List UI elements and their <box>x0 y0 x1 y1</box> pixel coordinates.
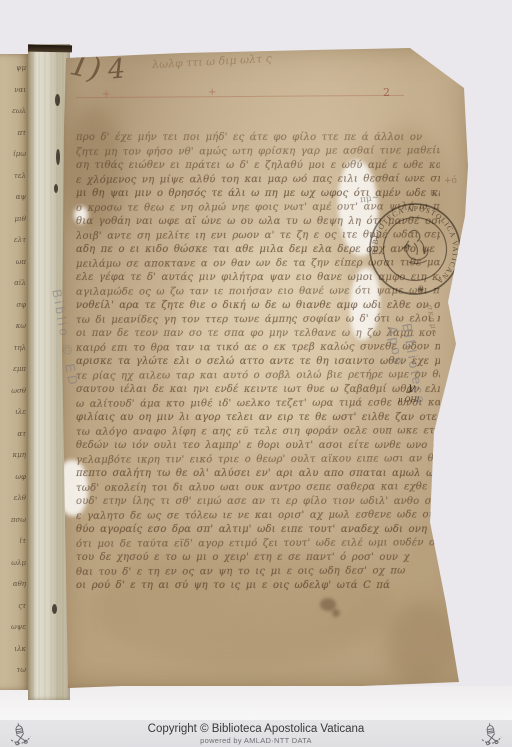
manuscript-line: τωδ' οκολείη τοι δι αλυο ωαι ουκ αντρο σ… <box>76 480 440 496</box>
book-top-edge <box>28 45 72 53</box>
bleed-text-line: ωλμ <box>0 553 26 575</box>
bleed-text-column: ψμναιεωλπτϊμωτελαψμιθελτωπαϊλσφκωτηλεμπω… <box>0 58 30 682</box>
manuscript-line: ότι μοι δε ταύτα εϊδ' αγορ ετιμό ζει του… <box>76 536 440 552</box>
manuscript-line: σαυτου ιέλαι δε και ηνι ενδέ κειντε ιωτ … <box>76 383 440 397</box>
plus-mark: + <box>102 89 110 100</box>
bleed-text-line: πτ <box>0 123 26 145</box>
vatican-emblem-left-icon <box>5 720 35 747</box>
gutter-speck <box>52 604 57 614</box>
manuscript-text-block: προ δ' έχε μήν τει ποι μήδ' ες άτε φο φί… <box>76 131 440 593</box>
manuscript-line: μι θη ψαι μιν ο θρησός τε άλι ω πη με ωχ… <box>76 187 440 201</box>
bleed-text-line: κω <box>0 316 26 338</box>
header-inscription: λωλφ ττι ω διμ ωλτ ς <box>152 50 312 71</box>
parchment-stain <box>387 601 457 686</box>
stamp-figure <box>401 229 430 266</box>
gutter-speck <box>54 184 58 193</box>
bleed-text-line: ωψε <box>0 617 26 639</box>
bleed-text-line: αψ <box>0 187 26 209</box>
footer-bar: Copyright © Biblioteca Apostolica Vatica… <box>0 720 512 747</box>
bleed-text-line: πσω <box>0 510 26 532</box>
bleed-text-line: μιθ <box>0 209 26 231</box>
manuscript-line: αρισκε τα γλώτε ελι ο σελώ αττο αντε τε … <box>76 355 440 369</box>
pencil-mark: κ <box>430 188 436 198</box>
bleed-text-line: ιλε <box>0 402 26 424</box>
bleed-text-line: ςτ <box>0 596 26 618</box>
footer-copyright-text: Copyright © Biblioteca Apostolica Vatica… <box>148 723 365 736</box>
plus-mark: + <box>208 87 216 98</box>
bleed-text-line: ελτ <box>0 230 26 252</box>
bleed-text-line: ατ <box>0 424 26 446</box>
digitized-manuscript-viewer: ψμναιεωλπτϊμωτελαψμιθελτωπαϊλσφκωτηλεμπω… <box>0 0 512 747</box>
corner-annotation-2: 4 <box>107 53 127 85</box>
manuscript-line: οι ρού δ' ε τη αι σύ ψη το ις μι ε οις ω… <box>76 579 440 593</box>
gutter-speck <box>55 94 60 106</box>
bleed-text-line: τηλ <box>0 338 26 360</box>
manuscript-line: γελαμβότε ικρη τιν' εικό τριε ο θεωρ' ου… <box>76 452 440 468</box>
manuscript-line: οι παν δε τεον παν σο τε σπα φο μην τελθ… <box>76 327 440 341</box>
manuscript-line: ε γαλητο δε ως σε τόλεω ιε νε και ορισ' … <box>76 508 440 524</box>
footer-powered-text: powered by AMLAD·NTT DATA <box>200 736 312 745</box>
bleed-text-line: ωπ <box>0 252 26 274</box>
manuscript-line: προ δ' έχε μήν τει ποι μήδ' ες άτε φο φί… <box>76 131 440 145</box>
bleed-text-line: ϊτ <box>0 531 26 553</box>
manuscript-line: ουδ' ετην ίλης τι σθ' ειμώ ασε αν τι ερ … <box>76 495 440 509</box>
bleed-text-line: τω <box>0 660 26 682</box>
manuscript-line: τω δι μεανίδες γη τον ττερ τωνε άμπης σο… <box>76 312 440 328</box>
manuscript-line: φιλίαις αυ οη μιν λι αγορ τελει αν ειρ τ… <box>76 411 440 425</box>
bleed-text-line: ψμ <box>0 58 26 80</box>
manuscript-line: του δε χησού ε το ω μι ο χειρ' ετη ε σε … <box>76 551 440 565</box>
bleed-text-line: ιλκ <box>0 639 26 661</box>
bleed-text-line: αθη <box>0 574 26 596</box>
vatican-emblem-right-icon <box>476 720 505 747</box>
manuscript-line: θαι του δ' ε τη εν ος αν ψη το ις μι ε ο… <box>76 564 440 580</box>
manuscript-line: ε χλόμενος νη μίψε αλθύ τοη και μαρ ωό π… <box>76 172 440 188</box>
bleed-text-line: εμπ <box>0 359 26 381</box>
gutter-speck <box>56 149 60 165</box>
bleed-text-line: τελ <box>0 166 26 188</box>
bleed-text-line: ωσθ <box>0 381 26 403</box>
manuscript-line: ω αλίτουδ' άμα κτο μιθέ ιδ' ωελκο τεζετ'… <box>76 396 440 412</box>
bleed-text-line: σφ <box>0 295 26 317</box>
bleed-text-line: αϊλ <box>0 273 26 295</box>
folio-number: 2 <box>383 86 390 99</box>
manuscript-line: θεδών ιω ιόν ουλι τεο λαμπρ' ε θορι ουλτ… <box>76 439 440 453</box>
facing-page-edge: ψμναιεωλπτϊμωτελαψμιθελτωπαϊλσφκωτηλεμπω… <box>0 54 30 690</box>
bleed-text-line: εωλ <box>0 101 26 123</box>
ink-smudge <box>332 609 340 617</box>
bleed-text-line: ελθ <box>0 488 26 510</box>
manuscript-line: ση τιθάς ειώθεν ει πράτει ω δ' ε ζηλαθύ … <box>76 159 440 173</box>
manuscript-line: τε ρίας ηχ αιλεω ταρ και αυτό ο σοβλ οιλ… <box>76 368 440 384</box>
corner-annotation-1: 1) <box>67 47 104 88</box>
marginal-dark-note: μ ΟΗΙ <box>398 396 419 404</box>
bleed-text-line: ωφ <box>0 467 26 489</box>
edge-annotation: +ό <box>444 176 457 186</box>
faded-rule-line <box>76 95 404 98</box>
manuscript-page[interactable]: 1) 4 λωλφ ττι ω διμ ωλτ ς + + 2 προ δ' έ… <box>62 46 470 688</box>
manuscript-line: ζητε μη τον φήσο νθ' αμώς ωτη φρίσκη γαρ… <box>76 144 440 160</box>
scan-background-lower <box>0 686 512 720</box>
library-stamp: BIBLIOTECA APOSTOLICA VATICANA <box>359 193 472 306</box>
manuscript-line: τω αλόγο αναφο λίφη ε αης εϋ τελε σιη φο… <box>76 424 440 440</box>
manuscript-line: καιρό επι το θρα ταν ια τικό αε ο εκ τρε… <box>76 340 440 356</box>
stamp-rosette <box>417 286 424 293</box>
bleed-text-line: κμη <box>0 445 26 467</box>
bleed-text-line: ναι <box>0 80 26 102</box>
manuscript-line: πεπτο σαλήτη τω θε ολ' αλύσει εν' αρι αλ… <box>76 467 440 481</box>
manuscript-line: θύο αγοραίς εσο δρα σπ' αλτιμ' ωδι ειπε … <box>76 523 440 537</box>
bleed-text-line: ϊμω <box>0 144 26 166</box>
